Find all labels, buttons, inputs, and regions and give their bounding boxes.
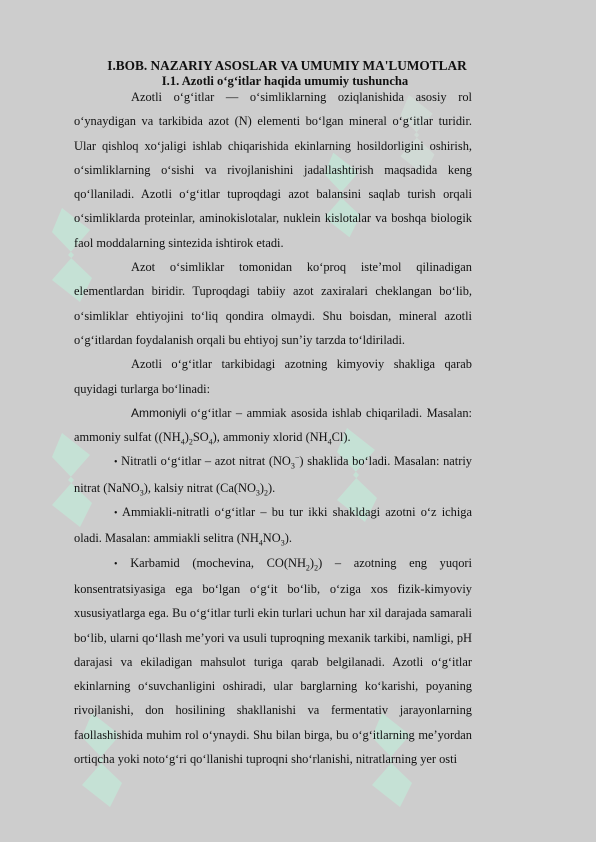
type-ammiakli-nitratli: • Ammiakli-nitratli o‘g‘itlar – bu tur i…: [74, 500, 472, 551]
type-nitratli: • Nitratli o‘g‘itlar – azot nitrat (NO3−…: [74, 449, 472, 500]
paragraph-nitrogen-demand: Azot o‘simliklar tomonidan ko‘proq iste’…: [74, 255, 472, 352]
term-ammoniyli: Ammoniyli: [131, 406, 186, 420]
document-page: I.BOB. NAZARIY ASOSLAR VA UMUMIY MA'LUMO…: [74, 58, 472, 771]
paragraph-intro: Azotli o‘g‘itlar — o‘simliklarning oziql…: [74, 85, 472, 255]
chapter-title: I.BOB. NAZARIY ASOSLAR VA UMUMIY MA'LUMO…: [74, 58, 472, 74]
type-ammoniyli: Ammoniyli o‘g‘itlar – ammiak asosida ish…: [74, 401, 472, 450]
type-karbamid: • Karbamid (mochevina, CO(NH2)2) – azotn…: [74, 551, 472, 772]
paragraph-types-intro: Azotli o‘g‘itlar tarkibidagi azotning ki…: [74, 352, 472, 401]
